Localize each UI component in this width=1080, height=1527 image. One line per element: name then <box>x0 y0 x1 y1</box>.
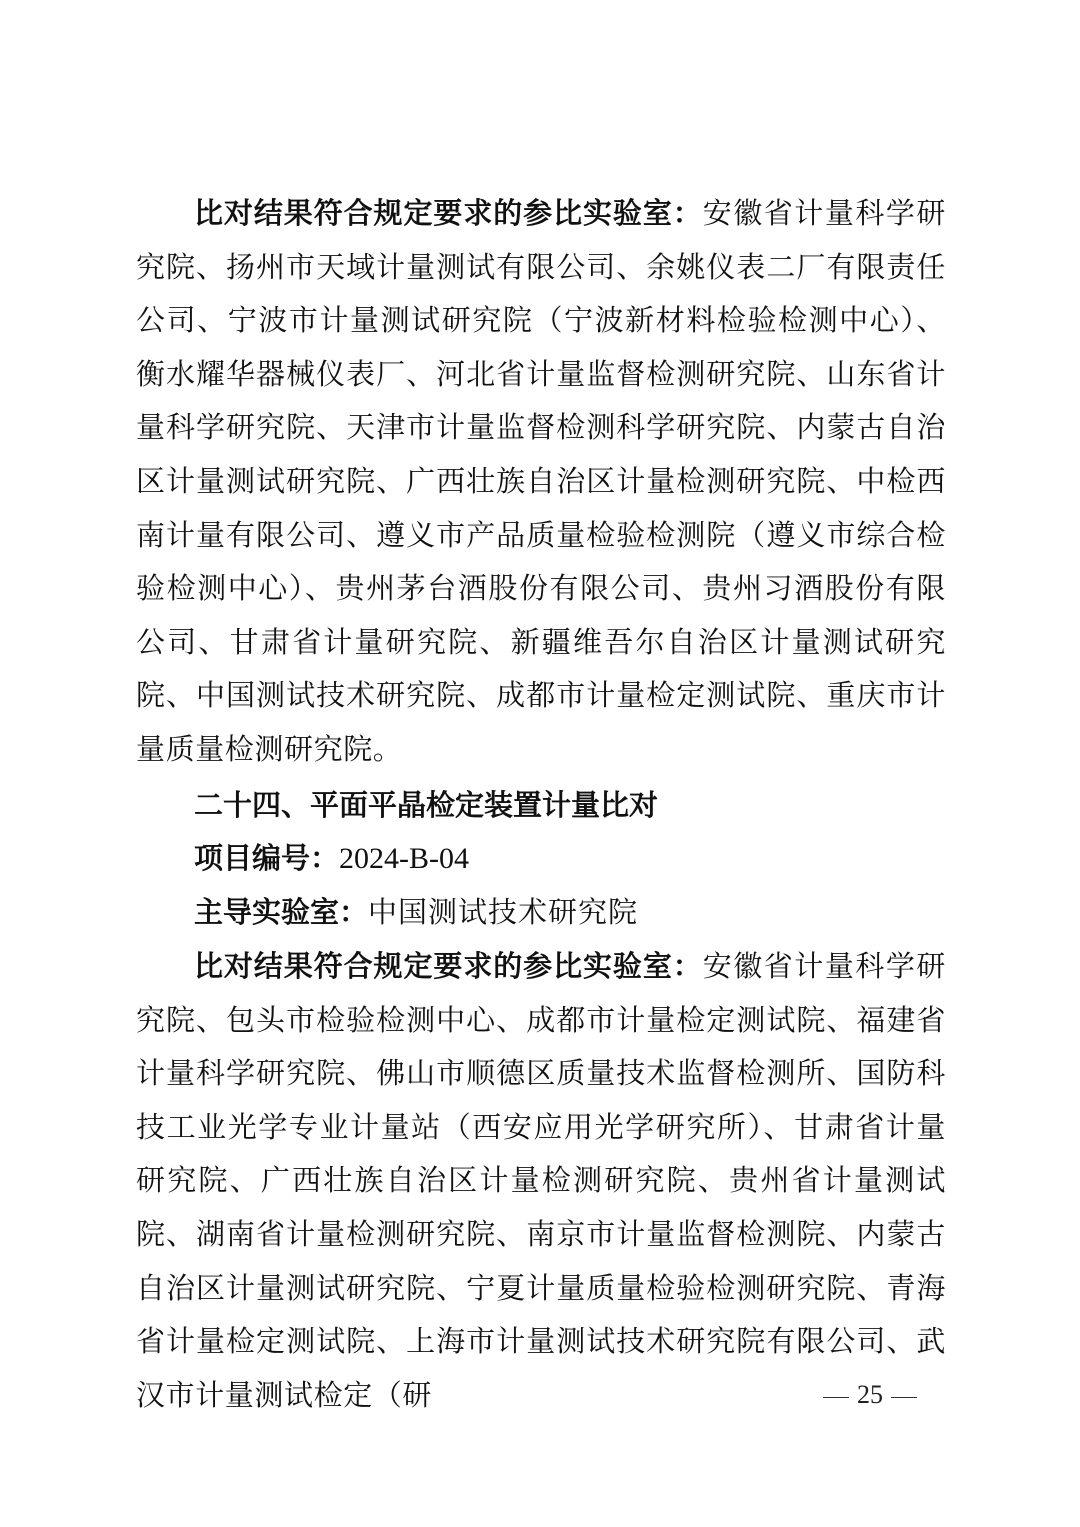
page-number: 25 <box>857 1380 883 1409</box>
results-label: 比对结果符合规定要求的参比实验室： <box>194 196 703 230</box>
page-footer: 25 <box>815 1380 925 1410</box>
project-number-value: 2024-B-04 <box>339 842 469 875</box>
results-list: 安徽省计量科学研究院、扬州市天域计量测试有限公司、余姚仪表二厂有限责任公司、宁波… <box>136 196 946 766</box>
project-number-line: 项目编号：2024-B-04 <box>194 832 469 886</box>
dash-right-icon <box>891 1397 917 1398</box>
lead-lab-label: 主导实验室： <box>194 895 368 929</box>
lead-lab-line: 主导实验室：中国测试技术研究院 <box>194 886 638 940</box>
dash-left-icon <box>823 1397 849 1398</box>
project-number-label: 项目编号： <box>194 841 339 875</box>
paragraph-section24-results: 比对结果符合规定要求的参比实验室：安徽省计量科学研究院、包头市检验检测中心、成都… <box>136 940 946 1422</box>
paragraph-prev-results: 比对结果符合规定要求的参比实验室：安徽省计量科学研究院、扬州市天域计量测试有限公… <box>136 187 946 777</box>
results-list: 安徽省计量科学研究院、包头市检验检测中心、成都市计量检定测试院、福建省计量科学研… <box>136 949 946 1412</box>
section-heading: 二十四、平面平晶检定装置计量比对 <box>194 779 658 833</box>
section-title: 二十四、平面平晶检定装置计量比对 <box>194 788 658 822</box>
results-label: 比对结果符合规定要求的参比实验室： <box>194 949 703 983</box>
lead-lab-value: 中国测试技术研究院 <box>368 895 638 929</box>
